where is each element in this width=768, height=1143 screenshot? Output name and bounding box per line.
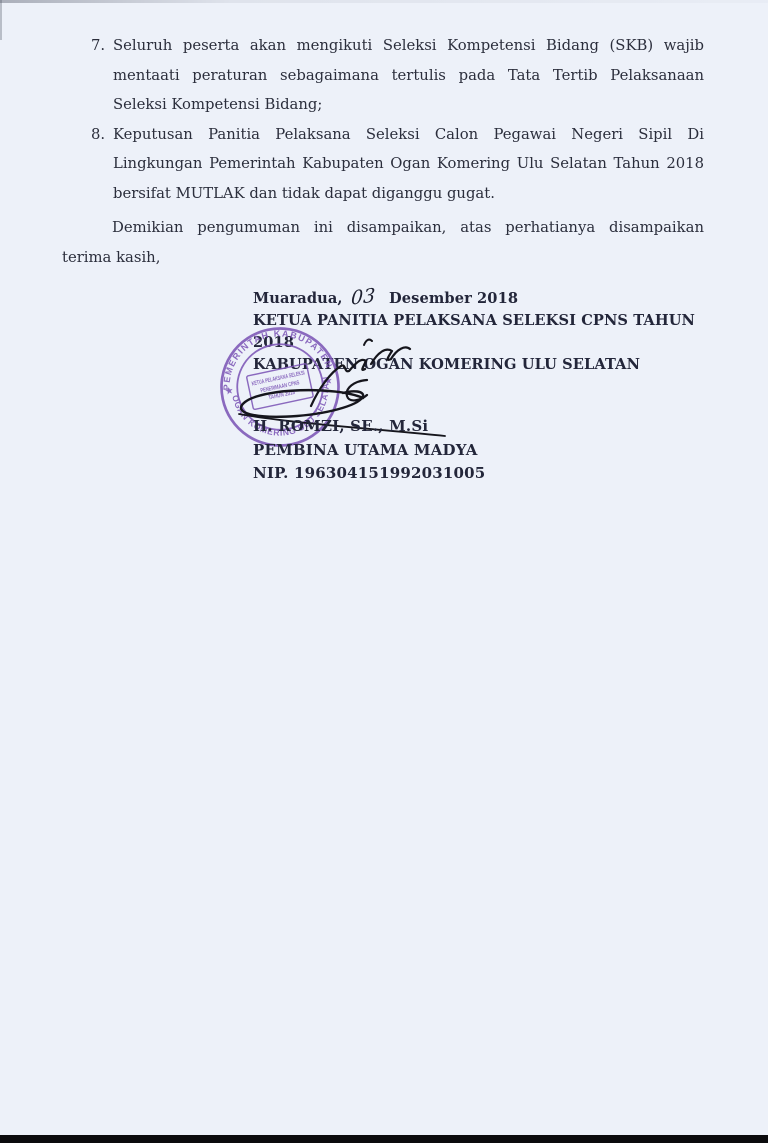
date-rest: Desember 2018 xyxy=(389,288,518,310)
scan-edge-top xyxy=(0,0,768,3)
list-item-number: 7. xyxy=(91,31,113,120)
text-line: mentaati peraturan sebagaimana tertulis … xyxy=(113,61,704,91)
scan-edge-bottom xyxy=(0,1135,768,1143)
place-date-line: Muaradua, 03 Desember 2018 xyxy=(253,287,733,310)
handwritten-date-number: 03 xyxy=(350,285,375,308)
list-item-text: Keputusan Panitia Pelaksana Seleksi Calo… xyxy=(113,120,704,209)
list-item: 8. Keputusan Panitia Pelaksana Seleksi C… xyxy=(91,120,704,209)
scan-edge-left xyxy=(0,0,2,40)
list-item-number: 8. xyxy=(91,120,113,209)
document-page: 7. Seluruh peserta akan mengikuti Seleks… xyxy=(0,0,768,1143)
numbered-list: 7. Seluruh peserta akan mengikuti Seleks… xyxy=(91,31,704,209)
text-line: terima kasih, xyxy=(62,243,704,273)
place-label: Muaradua, xyxy=(253,288,343,310)
signatory-nip: NIP. 196304151992031005 xyxy=(253,462,485,486)
list-item: 7. Seluruh peserta akan mengikuti Seleks… xyxy=(91,31,704,120)
signatory-rank: PEMBINA UTAMA MADYA xyxy=(253,439,485,463)
closing-paragraph: Demikian pengumuman ini disampaikan, ata… xyxy=(62,213,704,272)
signatory-block: H. ROMZI, SE., M.Si PEMBINA UTAMA MADYA … xyxy=(253,415,485,486)
text-line: Keputusan Panitia Pelaksana Seleksi Calo… xyxy=(113,120,704,150)
text-line: bersifat MUTLAK dan tidak dapat diganggu… xyxy=(113,179,704,209)
list-item-text: Seluruh peserta akan mengikuti Seleksi K… xyxy=(113,31,704,120)
signatory-name: H. ROMZI, SE., M.Si xyxy=(253,415,485,439)
text-line: Seleksi Kompetensi Bidang; xyxy=(113,90,704,120)
text-line: Lingkungan Pemerintah Kabupaten Ogan Kom… xyxy=(113,149,704,179)
text-line: Seluruh peserta akan mengikuti Seleksi K… xyxy=(113,31,704,61)
text-line: Demikian pengumuman ini disampaikan, ata… xyxy=(62,213,704,243)
